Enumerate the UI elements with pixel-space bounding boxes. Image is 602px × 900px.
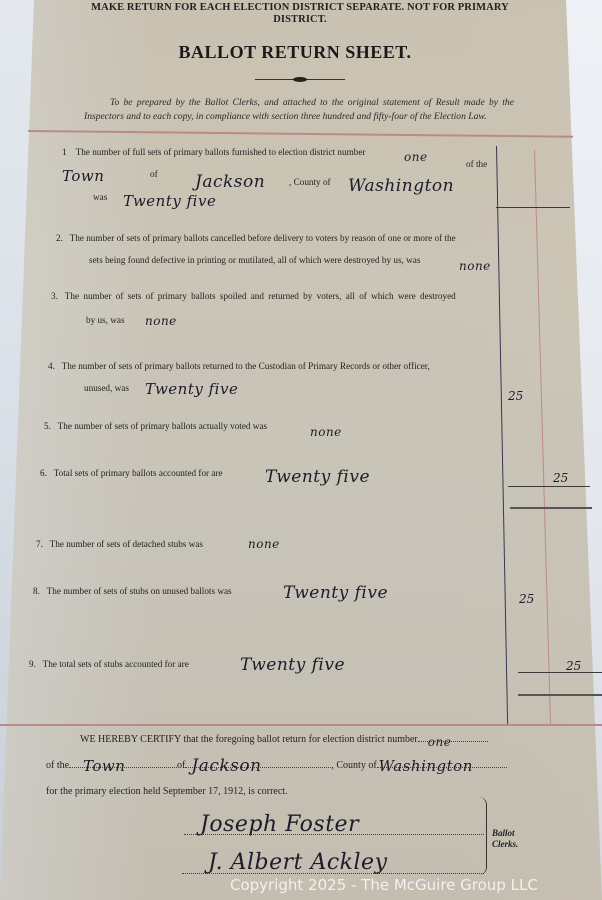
item-text: The number of sets of primary ballots ca… xyxy=(70,233,456,243)
item-1-was-label: was xyxy=(93,191,107,203)
item-1: 1 The number of full sets of primary bal… xyxy=(62,146,365,158)
item-5: 5. The number of sets of primary ballots… xyxy=(44,420,267,432)
cert-district-value: one xyxy=(428,735,452,749)
item-9-total-rule xyxy=(518,672,602,673)
intro-paragraph: To be prepared by the Ballot Clerks, and… xyxy=(84,96,514,123)
item-number: 3. xyxy=(51,291,58,301)
item-7-value: none xyxy=(248,537,280,551)
item-7: 7. The number of sets of detached stubs … xyxy=(36,538,203,550)
item-6-total-value: 25 xyxy=(553,471,568,485)
item-text: The number of sets of primary ballots ac… xyxy=(58,421,267,431)
item-8-column-value: 25 xyxy=(519,592,534,606)
item-number: 7. xyxy=(36,539,43,549)
item-4-line2: unused, was xyxy=(84,382,129,394)
item-1-county-name: Washington xyxy=(348,176,454,196)
item-text: Total sets of primary ballots accounted … xyxy=(54,468,223,478)
cert-county-label: , County of xyxy=(331,760,376,771)
item-2-value: none xyxy=(459,259,491,273)
town-type-field: Town xyxy=(69,767,177,768)
item-2: 2. The number of sets of primary ballots… xyxy=(56,232,456,244)
item-3-line2: by us, was xyxy=(86,314,125,326)
certification-line-2: of theTownofJackson, County ofWashington xyxy=(46,760,507,771)
intro-text: To be prepared by the Ballot Clerks, and… xyxy=(84,97,514,122)
header-notice: MAKE RETURN FOR EACH ELECTION DISTRICT S… xyxy=(90,2,510,26)
certification-line-1: WE HEREBY CERTIFY that the foregoing bal… xyxy=(80,734,488,745)
item-5-value: none xyxy=(310,425,342,439)
item-9: 9. The total sets of stubs accounted for… xyxy=(29,658,189,670)
item-text: The number of sets of primary ballots sp… xyxy=(65,291,456,301)
item-9-value: Twenty five xyxy=(240,655,345,675)
item-number: 6. xyxy=(40,468,47,478)
item-text: The number of full sets of primary ballo… xyxy=(76,147,366,157)
item-number: 4. xyxy=(48,361,55,371)
cert-of-the: of the xyxy=(46,760,69,771)
certification-line-3: for the primary election held September … xyxy=(46,786,288,797)
cert-text: WE HEREBY CERTIFY that the foregoing bal… xyxy=(80,734,418,745)
item-1-of-label: of xyxy=(150,168,158,180)
item-1-value: Twenty five xyxy=(123,192,216,210)
item-text: The number of sets of stubs on unused ba… xyxy=(47,586,232,596)
district-field: one xyxy=(418,741,488,742)
item-8: 8. The number of sets of stubs on unused… xyxy=(33,585,232,597)
item-8-value: Twenty five xyxy=(283,583,388,603)
item-1-tail: of the xyxy=(466,158,487,170)
item-number: 1 xyxy=(62,147,67,157)
item-text: The number of sets of primary ballots re… xyxy=(62,361,430,371)
item-number: 2. xyxy=(56,233,63,243)
clerks-brace xyxy=(478,797,487,875)
item-4-value: Twenty five xyxy=(145,380,238,398)
item-1-town-type: Town xyxy=(62,167,104,185)
document-title: BALLOT RETURN SHEET. xyxy=(140,42,450,63)
item-6-total-rule xyxy=(508,486,590,487)
item-number: 5. xyxy=(44,421,51,431)
cert-county-name: Washington xyxy=(379,757,473,775)
bottom-red-rule xyxy=(0,724,602,726)
town-name-field: Jackson xyxy=(185,767,331,768)
item-6-double-rule xyxy=(510,507,592,509)
item-1-town-name: Jackson xyxy=(195,172,265,192)
item-text: The number of sets of detached stubs was xyxy=(50,539,203,549)
item-number: 9. xyxy=(29,659,36,669)
item-1-column-rule xyxy=(496,207,570,208)
clerks-label-1: Ballot xyxy=(492,828,518,839)
county-name-field: Washington xyxy=(377,767,507,768)
item-text: The total sets of stubs accounted for ar… xyxy=(43,659,189,669)
item-6-value: Twenty five xyxy=(265,467,370,487)
item-number: 8. xyxy=(33,586,40,596)
item-3-value: none xyxy=(145,314,177,328)
signature-clerk-2: J. Albert Ackley xyxy=(208,850,388,875)
item-1-county-label: , County of xyxy=(289,176,331,188)
item-9-total-value: 25 xyxy=(566,659,581,673)
item-4-column-value: 25 xyxy=(508,389,523,403)
ballot-clerks-label: Ballot Clerks. xyxy=(492,828,518,850)
item-1-district-value: one xyxy=(404,150,428,164)
cert-of: of xyxy=(177,760,185,771)
cert-town-name: Jackson xyxy=(191,756,261,776)
item-3: 3. The number of sets of primary ballots… xyxy=(51,290,456,302)
item-2-line2: sets being found defective in printing o… xyxy=(89,254,420,266)
clerks-label-2: Clerks. xyxy=(492,839,518,850)
item-9-double-rule xyxy=(518,694,602,696)
signature-clerk-1: Joseph Foster xyxy=(200,812,359,837)
cert-town-type: Town xyxy=(83,757,125,775)
item-6: 6. Total sets of primary ballots account… xyxy=(40,467,223,479)
copyright-watermark: Copyright 2025 - The McGuire Group LLC xyxy=(230,876,538,894)
item-4: 4. The number of sets of primary ballots… xyxy=(48,360,430,372)
title-ornament xyxy=(255,78,345,81)
